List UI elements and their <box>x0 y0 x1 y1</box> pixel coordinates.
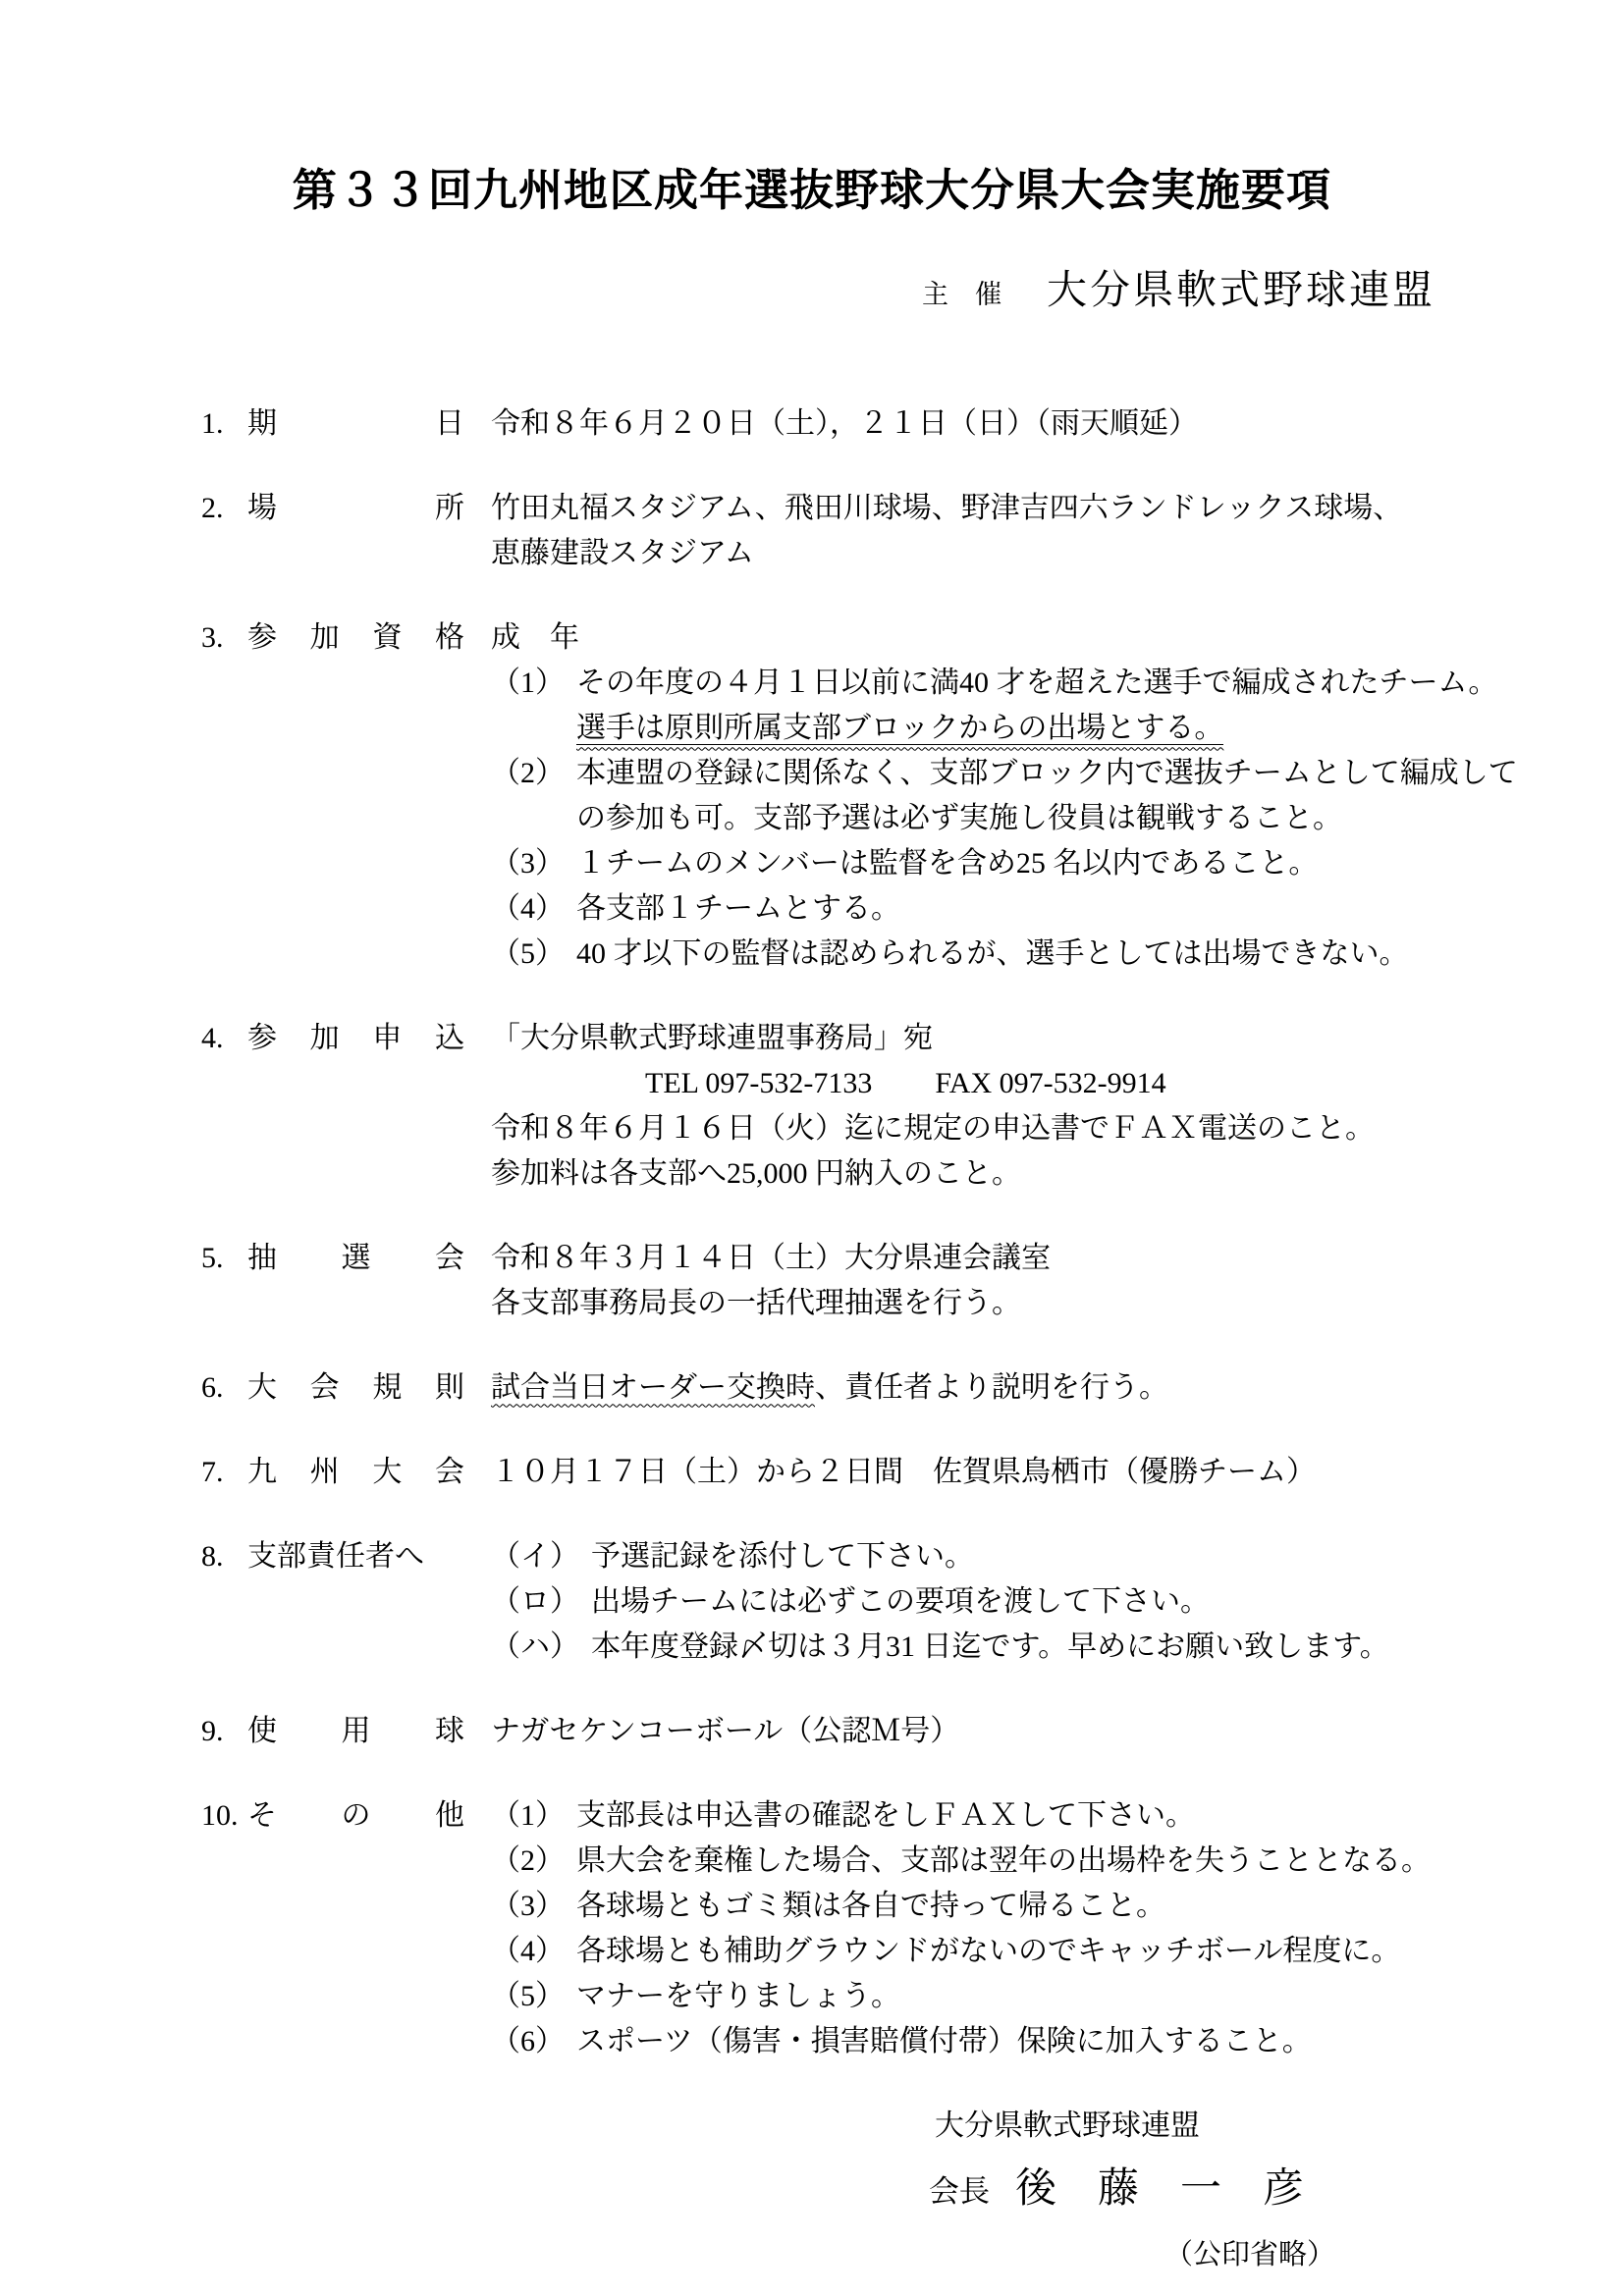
list-item-ro: （ロ）出場チームには必ずこの要項を渡して下さい。 <box>491 1579 1624 1625</box>
list-marker: （3） <box>491 1884 565 1929</box>
section-others: 10. その他 （1）支部長は申込書の確認をしＦＡＸして下さい。 （2）県大会を… <box>0 1793 1624 2064</box>
signature-block: 大分県軟式野球連盟 会長 後 藤 一 彦 （公印省略） <box>0 2104 1624 2277</box>
host-organization: 大分県軟式野球連盟 <box>1047 267 1435 312</box>
section-body: ナガセケンコーボール（公認Ｍ号） <box>491 1709 1624 1754</box>
section-date: 1. 期日 令和８年６月２０日（土），２１日（日）（雨天順延） <box>0 401 1624 447</box>
section-application: 4. 参加申込 「大分県軟式野球連盟事務局」宛 TEL 097-532-7133… <box>0 1016 1624 1197</box>
list-item-4: （4）各支部１チームとする。 <box>491 886 1624 932</box>
list-marker: （4） <box>491 1929 565 1974</box>
list-text: 各球場とも補助グラウンドがないのでキャッチボール程度に。 <box>576 1935 1400 1967</box>
list-item-6: （6）スポーツ（傷害・損害賠償付帯）保険に加入すること。 <box>491 2019 1624 2064</box>
section-kyushu-tournament: 7. 九州大会 １０月１７日（土）から２日間 佐賀県鳥栖市（優勝チーム） <box>0 1450 1624 1495</box>
list-text: 各球場ともゴミ類は各自で持って帰ること。 <box>576 1890 1165 1922</box>
venue-line-2: 恵藤建設スタジアム <box>491 531 1624 576</box>
list-text: スポーツ（傷害・損害賠償付帯）保険に加入すること。 <box>576 2025 1312 2057</box>
ball-text: ナガセケンコーボール（公認Ｍ号） <box>491 1709 1624 1754</box>
section-head: 6. 大会規則 <box>201 1365 464 1411</box>
section-label: 支部責任者へ <box>247 1534 464 1579</box>
section-rules: 6. 大会規則 試合当日オーダー交換時、責任者より説明を行う。 <box>0 1365 1624 1411</box>
list-text: 各支部１チームとする。 <box>576 892 900 925</box>
signature-organization: 大分県軟式野球連盟 <box>935 2104 1624 2149</box>
section-number: 7. <box>201 1450 247 1495</box>
president-title: 会長 <box>929 2169 990 2215</box>
list-item-2: （2）本連盟の登録に関係なく、支部ブロック内で選抜チームとして編成して <box>491 751 1624 796</box>
list-marker: （イ） <box>491 1534 579 1579</box>
list-item-i: （イ）予選記録を添付して下さい。 <box>491 1534 1624 1579</box>
president-name: 後 藤 一 彦 <box>1015 2166 1304 2212</box>
section-head: 5. 抽選会 <box>201 1236 464 1281</box>
section-number: 9. <box>201 1709 247 1754</box>
rules-text-rest: 、責任者より説明を行う。 <box>815 1371 1168 1404</box>
list-marker: （ロ） <box>491 1579 579 1625</box>
document-title: 第３３回九州地区成年選抜野球大分県大会実施要項 <box>0 0 1624 218</box>
lottery-date: 令和８年３月１４日（土）大分県連会議室 <box>491 1236 1624 1281</box>
list-item-2: （2）県大会を棄権した場合、支部は翌年の出場枠を失うこととなる。 <box>491 1839 1624 1884</box>
section-label: 場所 <box>247 486 464 531</box>
section-label: 期日 <box>247 401 464 447</box>
section-body: （1）支部長は申込書の確認をしＦＡＸして下さい。 （2）県大会を棄権した場合、支… <box>491 1793 1624 2064</box>
section-body: 「大分県軟式野球連盟事務局」宛 TEL 097-532-7133 FAX 097… <box>491 1016 1624 1197</box>
list-text: 本連盟の登録に関係なく、支部ブロック内で選抜チームとして編成して <box>576 757 1518 789</box>
section-body: 成 年 （1）その年度の４月１日以前に満40 才を超えた選手で編成されたチーム。… <box>491 615 1624 977</box>
list-marker: （4） <box>491 886 565 932</box>
contact-line: TEL 097-532-7133 FAX 097-532-9914 <box>491 1061 1624 1106</box>
section-body: １０月１７日（土）から２日間 佐賀県鳥栖市（優勝チーム） <box>491 1450 1624 1495</box>
list-item-1: （1）その年度の４月１日以前に満40 才を超えた選手で編成されたチーム。 <box>491 661 1624 706</box>
section-number: 6. <box>201 1365 247 1411</box>
section-label: 九州大会 <box>247 1450 464 1495</box>
section-head: 10. その他 <box>201 1793 464 1839</box>
application-fee: 参加料は各支部へ25,000 円納入のこと。 <box>491 1151 1624 1197</box>
president-line: 会長 後 藤 一 彦 <box>929 2166 1624 2215</box>
section-body: 試合当日オーダー交換時、責任者より説明を行う。 <box>491 1365 1624 1411</box>
section-number: 8. <box>201 1534 247 1579</box>
section-label: 抽選会 <box>247 1236 464 1281</box>
list-item-3: （3）各球場ともゴミ類は各自で持って帰ること。 <box>491 1884 1624 1929</box>
section-head: 4. 参加申込 <box>201 1016 464 1061</box>
list-text: の参加も可。支部予選は必ず実施し役員は観戦すること。 <box>576 802 1342 834</box>
section-label: 大会規則 <box>247 1365 464 1411</box>
kyushu-tournament-text: １０月１７日（土）から２日間 佐賀県鳥栖市（優勝チーム） <box>491 1450 1624 1495</box>
document-page: 第３３回九州地区成年選抜野球大分県大会実施要項 主 催 大分県軟式野球連盟 1.… <box>0 0 1624 2296</box>
list-text: マナーを守りましょう。 <box>576 1980 900 2012</box>
section-eligibility: 3. 参加資格 成 年 （1）その年度の４月１日以前に満40 才を超えた選手で編… <box>0 615 1624 977</box>
section-number: 1. <box>201 401 247 447</box>
date-text: 令和８年６月２０日（土），２１日（日）（雨天順延） <box>491 401 1624 447</box>
application-address: 「大分県軟式野球連盟事務局」宛 <box>491 1016 1624 1061</box>
list-text: その年度の４月１日以前に満40 才を超えた選手で編成されたチーム。 <box>576 667 1497 699</box>
section-number: 2. <box>201 486 247 531</box>
section-head: 3. 参加資格 <box>201 615 464 661</box>
rules-text: 試合当日オーダー交換時、責任者より説明を行う。 <box>491 1365 1624 1411</box>
section-ball: 9. 使用球 ナガセケンコーボール（公認Ｍ号） <box>0 1709 1624 1754</box>
list-marker: （5） <box>491 932 565 977</box>
list-text: 県大会を棄権した場合、支部は翌年の出場枠を失うこととなる。 <box>576 1844 1431 1877</box>
list-marker: （3） <box>491 841 565 886</box>
section-head: 1. 期日 <box>201 401 464 447</box>
fax-number: FAX 097-532-9914 <box>935 1061 1165 1106</box>
list-text: １チームのメンバーは監督を含め25 名以内であること。 <box>576 847 1318 880</box>
section-label: その他 <box>247 1793 464 1839</box>
venue-line-1: 竹田丸福スタジアム、飛田川球場、野津吉四六ランドレックス球場、 <box>491 486 1624 531</box>
section-number: 10. <box>201 1793 247 1839</box>
section-venue: 2. 場所 竹田丸福スタジアム、飛田川球場、野津吉四六ランドレックス球場、 恵藤… <box>0 486 1624 576</box>
section-number: 5. <box>201 1236 247 1281</box>
section-body: 令和８年６月２０日（土），２１日（日）（雨天順延） <box>491 401 1624 447</box>
list-marker: （1） <box>491 1793 565 1839</box>
section-branch-managers: 8. 支部責任者へ （イ）予選記録を添付して下さい。 （ロ）出場チームには必ずこ… <box>0 1534 1624 1670</box>
list-marker: （5） <box>491 1974 565 2019</box>
list-text: 出場チームには必ずこの要項を渡して下さい。 <box>591 1585 1210 1618</box>
list-item-5: （5）マナーを守りましょう。 <box>491 1974 1624 2019</box>
list-item-3: （3）１チームのメンバーは監督を含め25 名以内であること。 <box>491 841 1624 886</box>
seal-omitted-note: （公印省略） <box>1164 2232 1624 2277</box>
section-body: 令和８年３月１４日（土）大分県連会議室 各支部事務局長の一括代理抽選を行う。 <box>491 1236 1624 1326</box>
list-marker: （2） <box>491 1839 565 1884</box>
section-body: （イ）予選記録を添付して下さい。 （ロ）出場チームには必ずこの要項を渡して下さい… <box>491 1534 1624 1670</box>
list-marker: （2） <box>491 751 565 796</box>
section-head: 2. 場所 <box>201 486 464 531</box>
tel-number: TEL 097-532-7133 <box>645 1061 872 1106</box>
host-label: 主 催 <box>922 272 1001 317</box>
list-marker: （1） <box>491 661 565 706</box>
section-number: 3. <box>201 615 247 661</box>
list-item-5: （5）40 才以下の監督は認められるが、選手としては出場できない。 <box>491 932 1624 977</box>
section-head: 7. 九州大会 <box>201 1450 464 1495</box>
underlined-text: 試合当日オーダー交換時 <box>491 1371 815 1404</box>
section-label: 使用球 <box>247 1709 464 1754</box>
section-list: 1. 期日 令和８年６月２０日（土），２１日（日）（雨天順延） 2. 場所 竹田… <box>0 401 1624 2064</box>
list-marker: （ハ） <box>491 1625 579 1670</box>
list-item-4: （4）各球場とも補助グラウンドがないのでキャッチボール程度に。 <box>491 1929 1624 1974</box>
list-item-1-cont: 選手は原則所属支部ブロックからの出場とする。 <box>491 706 1624 751</box>
section-label: 参加資格 <box>247 615 464 661</box>
list-text: 支部長は申込書の確認をしＦＡＸして下さい。 <box>576 1799 1195 1832</box>
section-body: 竹田丸福スタジアム、飛田川球場、野津吉四六ランドレックス球場、 恵藤建設スタジア… <box>491 486 1624 576</box>
list-text: 予選記録を添付して下さい。 <box>591 1540 974 1573</box>
section-head: 8. 支部責任者へ <box>201 1534 464 1579</box>
application-deadline: 令和８年６月１６日（火）迄に規定の申込書でＦＡＸ電送のこと。 <box>491 1106 1624 1151</box>
host-line: 主 催 大分県軟式野球連盟 <box>0 267 1624 317</box>
list-item-1: （1）支部長は申込書の確認をしＦＡＸして下さい。 <box>491 1793 1624 1839</box>
eligibility-category: 成 年 <box>491 615 1624 661</box>
section-number: 4. <box>201 1016 247 1061</box>
list-text: 本年度登録〆切は３月31 日迄です。早めにお願い致します。 <box>591 1630 1389 1663</box>
list-text: 40 才以下の監督は認められるが、選手としては出場できない。 <box>576 937 1409 970</box>
lottery-method: 各支部事務局長の一括代理抽選を行う。 <box>491 1281 1624 1326</box>
section-label: 参加申込 <box>247 1016 464 1061</box>
list-item-2-cont: の参加も可。支部予選は必ず実施し役員は観戦すること。 <box>491 796 1624 841</box>
section-head: 9. 使用球 <box>201 1709 464 1754</box>
list-marker: （6） <box>491 2019 565 2064</box>
section-lottery: 5. 抽選会 令和８年３月１４日（土）大分県連会議室 各支部事務局長の一括代理抽… <box>0 1236 1624 1326</box>
underlined-text: 選手は原則所属支部ブロックからの出場とする。 <box>576 712 1223 745</box>
list-item-ha: （ハ）本年度登録〆切は３月31 日迄です。早めにお願い致します。 <box>491 1625 1624 1670</box>
